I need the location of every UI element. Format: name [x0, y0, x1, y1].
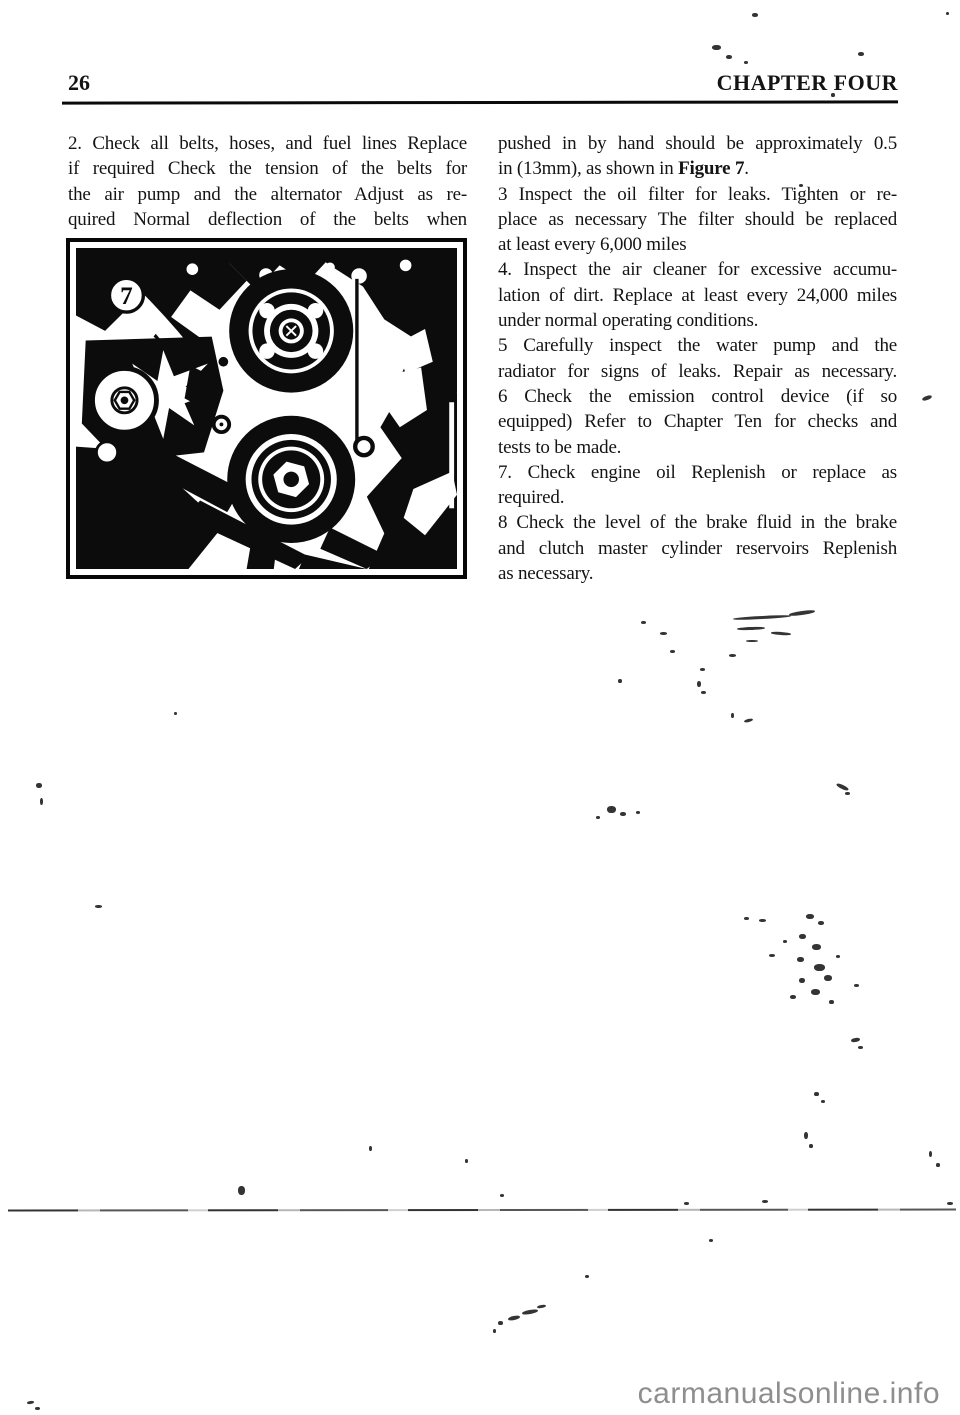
scan-speck	[731, 713, 734, 718]
text-line: 6 Check the emission control device (if …	[498, 384, 897, 409]
scan-speck	[851, 1037, 861, 1043]
scan-speck	[771, 631, 791, 635]
text-line: place as necessary The filter should be …	[498, 207, 897, 232]
scan-speck	[729, 654, 736, 657]
text-line: radiator for signs of leaks. Repair as n…	[498, 359, 897, 384]
scan-speck	[537, 1304, 546, 1309]
figure-7: 7	[66, 238, 467, 579]
text-line: under normal operating conditions.	[498, 308, 897, 333]
scan-speck	[174, 712, 177, 715]
header-rule	[62, 100, 898, 104]
text-line: as necessary.	[498, 561, 897, 586]
scan-speck	[684, 1202, 689, 1205]
scan-speck	[733, 614, 791, 620]
figure-label: 7	[109, 278, 143, 312]
engine-belts-photo: 7	[76, 248, 457, 569]
scan-speck	[790, 995, 796, 999]
scan-speck	[95, 905, 102, 908]
scan-speck	[670, 650, 675, 653]
scan-speck	[697, 681, 701, 687]
scan-speck	[804, 1132, 808, 1139]
scan-speck	[814, 964, 825, 971]
figure-number: 7	[120, 283, 133, 310]
scan-speck	[465, 1159, 468, 1163]
scan-speck	[737, 627, 765, 631]
text-line: in (13mm), as shown in Figure 7.	[498, 156, 897, 181]
scan-speck	[744, 917, 749, 920]
lower-pulley	[227, 416, 355, 543]
scan-speck	[498, 1321, 503, 1325]
scan-speck	[744, 61, 748, 64]
page-number: 26	[68, 70, 90, 96]
scan-speck	[35, 1407, 40, 1410]
scan-speck	[500, 1194, 504, 1197]
scan-speck	[620, 812, 626, 816]
right-column: pushed in by hand should be approximatel…	[498, 131, 897, 586]
scan-speck	[746, 640, 758, 642]
scan-speck	[936, 1163, 940, 1167]
scan-speck	[618, 679, 622, 683]
left-column: 2. Check all belts, hoses, and fuel line…	[68, 131, 467, 232]
scan-speck	[726, 55, 732, 59]
scan-speck	[947, 1202, 953, 1205]
scan-speck	[922, 394, 933, 401]
scan-speck	[789, 609, 815, 617]
scan-speck	[762, 1200, 768, 1203]
scan-speck	[744, 718, 753, 723]
scan-speck	[811, 989, 820, 995]
scan-speck	[712, 45, 721, 50]
text-line: tests to be made.	[498, 435, 897, 460]
scan-speck	[700, 668, 705, 671]
scan-speck	[27, 1401, 34, 1405]
scan-speck	[829, 1000, 834, 1004]
text-line: lation of dirt. Replace at least every 2…	[498, 283, 897, 308]
manual-page: 26 CHAPTER FOUR 2. Check all belts, hose…	[0, 0, 960, 1415]
scan-speck	[641, 621, 646, 624]
scan-speck	[636, 811, 640, 814]
scan-speck	[929, 1151, 932, 1157]
text-line: required.	[498, 485, 897, 510]
text-line: 3 Inspect the oil filter for leaks. Tigh…	[498, 182, 897, 207]
scan-speck	[369, 1146, 372, 1151]
scan-speck	[759, 919, 766, 922]
scan-speck	[818, 921, 824, 925]
scan-speck	[806, 914, 814, 919]
scan-speck	[836, 782, 849, 791]
scan-speck	[40, 798, 43, 805]
text-line: quired Normal deflection of the belts wh…	[68, 207, 467, 232]
chapter-title: CHAPTER FOUR	[717, 70, 898, 96]
scan-speck	[585, 1275, 589, 1278]
watermark: carmanualsonline.info	[638, 1377, 940, 1411]
text-line: 8 Check the level of the brake fluid in …	[498, 510, 897, 535]
text-line: pushed in by hand should be approximatel…	[498, 131, 897, 156]
text-line: and clutch master cylinder reservoirs Re…	[498, 536, 897, 561]
scan-speck	[809, 1144, 813, 1148]
text-line: the air pump and the alternator Adjust a…	[68, 182, 467, 207]
scan-speck	[797, 957, 804, 962]
scan-speck	[858, 1046, 863, 1049]
top-pulley	[229, 269, 353, 392]
scan-speck	[660, 632, 667, 635]
scan-speck	[814, 1092, 819, 1096]
scan-speck	[596, 816, 600, 819]
scan-speck	[799, 934, 806, 939]
text-line: 7. Check engine oil Replenish or replace…	[498, 460, 897, 485]
text-line: equipped) Refer to Chapter Ten for check…	[498, 409, 897, 434]
scan-speck	[752, 13, 758, 17]
scan-speck	[508, 1315, 521, 1321]
scan-speck	[836, 955, 840, 958]
text-line: 5 Carefully inspect the water pump and t…	[498, 333, 897, 358]
text-line: if required Check the tension of the bel…	[68, 156, 467, 181]
text-line: at least every 6,000 miles	[498, 232, 897, 257]
text-line: 2. Check all belts, hoses, and fuel line…	[68, 131, 467, 156]
scan-speck	[36, 783, 42, 788]
scan-speck	[799, 978, 805, 983]
scan-speck	[701, 691, 706, 694]
scan-speck	[845, 792, 850, 795]
scan-speck	[858, 52, 864, 56]
scan-speck	[607, 806, 616, 813]
scan-speck	[946, 12, 949, 15]
scan-speck	[238, 1186, 245, 1195]
scan-artifact-rule	[8, 1209, 956, 1212]
scan-speck	[824, 975, 832, 981]
scan-speck	[854, 984, 859, 987]
scan-speck	[821, 1100, 825, 1103]
scan-speck	[783, 940, 787, 943]
scan-speck	[522, 1309, 538, 1316]
text-line: 4. Inspect the air cleaner for excessive…	[498, 257, 897, 282]
scan-speck	[812, 944, 821, 950]
scan-speck	[769, 954, 775, 957]
scan-speck	[709, 1239, 713, 1242]
scan-speck	[493, 1329, 496, 1333]
